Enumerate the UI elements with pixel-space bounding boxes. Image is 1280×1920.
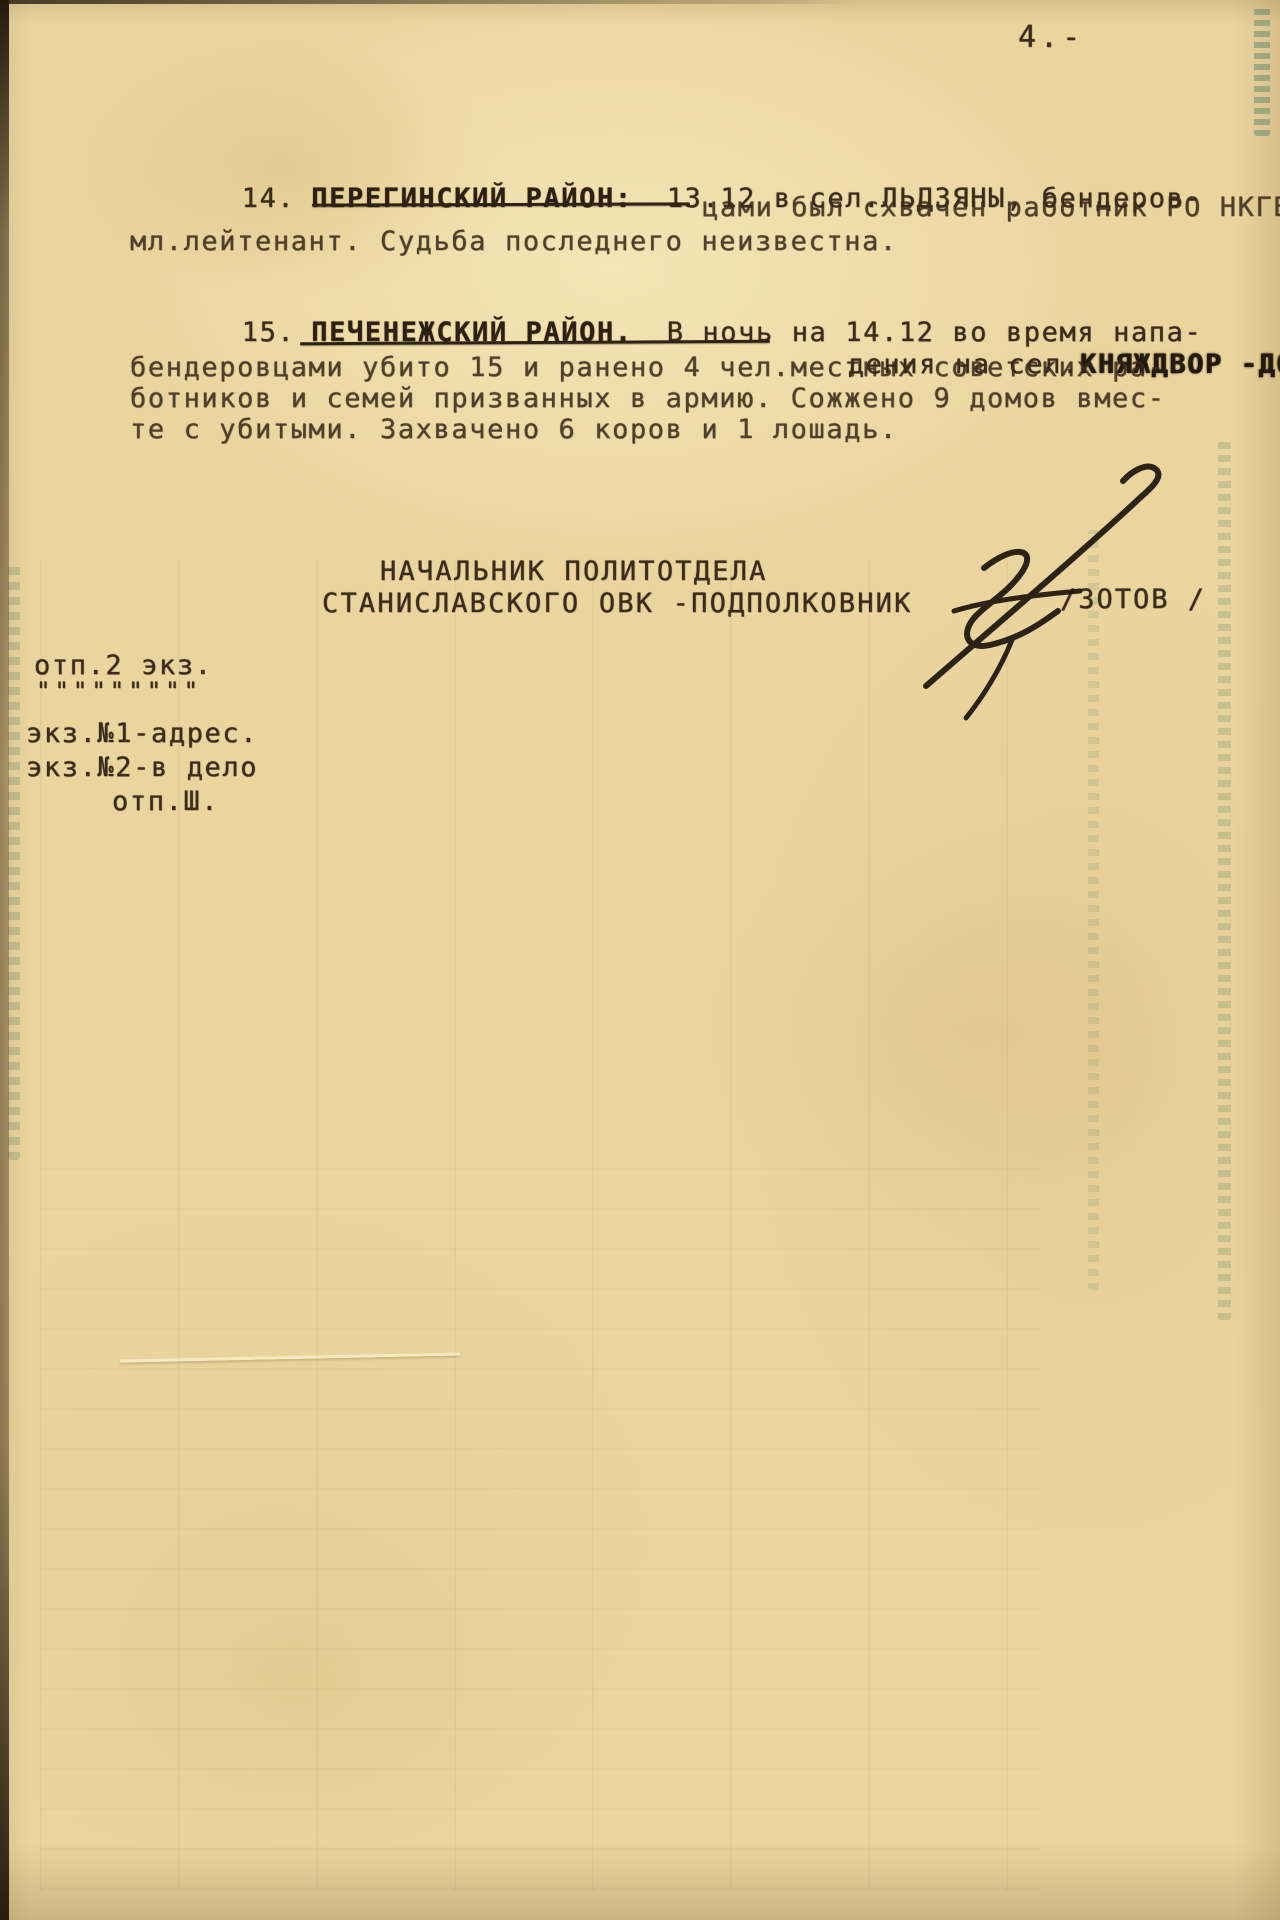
scan-edge-top <box>0 0 860 4</box>
scan-edge-left <box>0 0 9 1920</box>
signature-title-line-2: СТАНИСЛАВСКОГО ОВК -ПОДПОЛКОВНИК <box>322 588 913 619</box>
handwritten-signature-icon <box>868 448 1188 728</box>
ditto-marks: """"""""" <box>36 676 202 707</box>
signature-title-line-1: НАЧАЛЬНИК ПОЛИТОТДЕЛА <box>380 556 768 587</box>
p14-line-2: цами был схвачен работник РО НКГБ <box>702 192 1280 223</box>
p15-line-3: бендеровцами убито 15 и ранено 4 чел.мес… <box>130 352 1166 383</box>
p15-line-4: ботников и семей призванных в армию. Сож… <box>130 383 1166 414</box>
p14-line-3: мл.лейтенант. Судьба последнего неизвест… <box>130 226 898 257</box>
page-number: 4.- <box>1018 22 1084 53</box>
p14-heading: ПЕРЕГИНСКИЙ РАЙОН: <box>311 183 632 214</box>
distribution-line-4: отп.Ш. <box>112 786 219 817</box>
p14-number: 14. <box>242 183 296 214</box>
distribution-line-3: экз.№2-в дело <box>26 752 258 783</box>
distribution-line-2: экз.№1-адрес. <box>26 718 258 749</box>
scanned-archival-document: { "page": { "page_number": "4.-" }, "par… <box>0 0 1280 1920</box>
p15-line-5: те с убитыми. Захвачено 6 коров и 1 лоша… <box>130 414 898 445</box>
p15-number: 15. <box>242 317 296 348</box>
